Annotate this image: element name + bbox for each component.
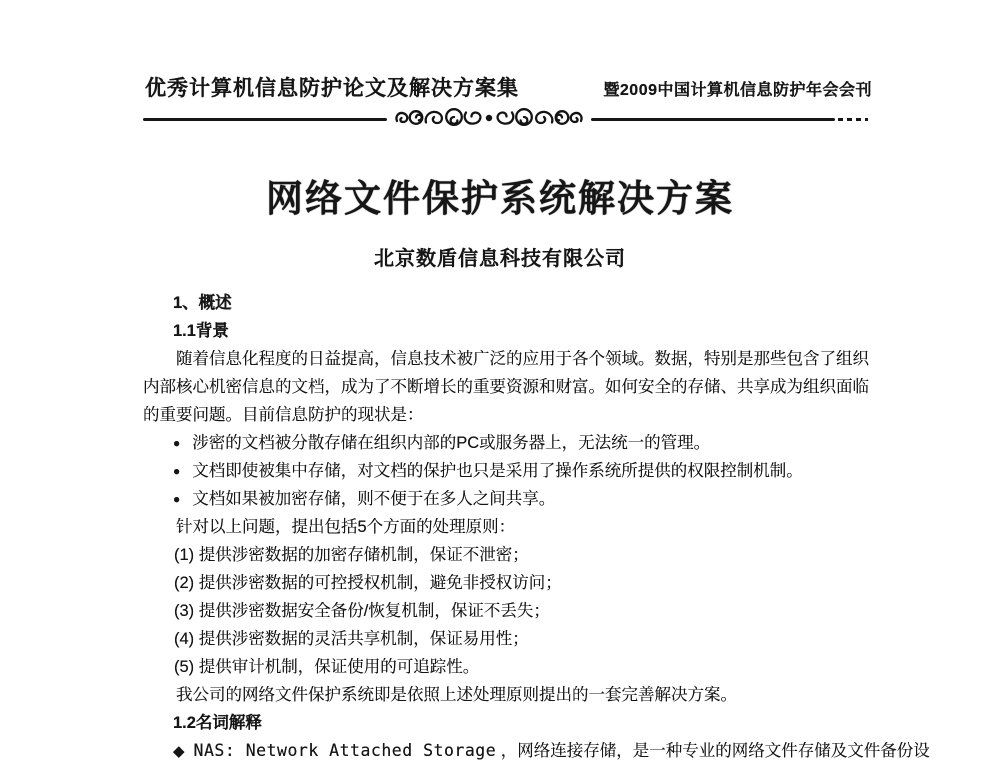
status-list-item: ●文档如果被加密存储，则不便于在多人之间共享。 <box>143 485 877 513</box>
principle-item: (4) 提供涉密数据的灵活共享机制，保证易用性； <box>143 625 877 653</box>
document-body: 1、概述 1.1背景 随着信息化程度的日益提高，信息技术被广泛的应用于各个领域。… <box>143 289 877 760</box>
document-title: 网络文件保护系统解决方案 <box>0 168 1000 222</box>
summary-paragraph: 我公司的网络文件保护系统即是依照上述处理原则提出的一套完善解决方案。 <box>143 681 877 709</box>
diamond-bullet-icon: ◆ <box>173 743 185 760</box>
collection-title: 优秀计算机信息防护论文及解决方案集 <box>145 72 519 102</box>
background-paragraph-line: 随着信息化程度的日益提高，信息技术被广泛的应用于各个领域。数据，特别是那些包含了… <box>143 345 877 373</box>
status-list-item-text: 涉密的文档被分散存储在组织内部的PC或服务器上，无法统一的管理。 <box>192 434 710 452</box>
status-list-item-text: 文档如果被加密存储，则不便于在多人之间共享。 <box>192 490 555 508</box>
conference-journal-title: 暨2009中国计算机信息防护年会会刊 <box>603 77 872 100</box>
divider-line-right <box>591 118 835 121</box>
heading-terms: 1.2名词解释 <box>143 709 877 737</box>
background-paragraph-line: 内部核心机密信息的文档，成为了不断增长的重要资源和财富。如何安全的存储、共享成为… <box>143 373 877 401</box>
divider-ornament-icon <box>394 106 584 132</box>
header-divider <box>143 106 868 132</box>
bullet-icon: ● <box>173 464 180 478</box>
document-author: 北京数盾信息科技有限公司 <box>0 242 1000 271</box>
principle-item: (1) 提供涉密数据的加密存储机制，保证不泄密； <box>143 541 877 569</box>
scanned-document-page: 优秀计算机信息防护论文及解决方案集 暨2009中国计算机信息防护年会会刊 <box>0 0 1000 760</box>
background-paragraph-line: 的重要问题。目前信息防护的现状是： <box>143 401 877 429</box>
principle-item: (5) 提供审计机制，保证使用的可追踪性。 <box>143 653 877 681</box>
term-nas-latin: NAS: Network Attached Storage <box>194 741 497 760</box>
term-item-nas: ◆NAS: Network Attached Storage ，网络连接存储，是… <box>143 737 877 760</box>
status-list-item-text: 文档即使被集中存储，对文档的保护也只是采用了操作系统所提供的权限控制机制。 <box>192 462 803 480</box>
bullet-icon: ● <box>173 492 180 506</box>
principles-intro: 针对以上问题，提出包括5个方面的处理原则： <box>143 513 877 541</box>
status-list-item: ●文档即使被集中存储，对文档的保护也只是采用了操作系统所提供的权限控制机制。 <box>143 457 877 485</box>
heading-overview: 1、概述 <box>143 289 877 317</box>
status-list-item: ●涉密的文档被分散存储在组织内部的PC或服务器上，无法统一的管理。 <box>143 429 877 457</box>
bullet-icon: ● <box>173 436 180 450</box>
heading-background: 1.1背景 <box>143 317 877 345</box>
principle-item: (3) 提供涉密数据安全备份/恢复机制，保证不丢失； <box>143 597 877 625</box>
principle-item: (2) 提供涉密数据的可控授权机制，避免非授权访问； <box>143 569 877 597</box>
term-nas-definition: ，网络连接存储，是一种专业的网络文件存储及文件备份设 <box>496 742 930 760</box>
divider-line-dashes <box>838 118 868 121</box>
divider-line-left <box>143 118 387 121</box>
page-header: 优秀计算机信息防护论文及解决方案集 暨2009中国计算机信息防护年会会刊 <box>145 72 872 102</box>
